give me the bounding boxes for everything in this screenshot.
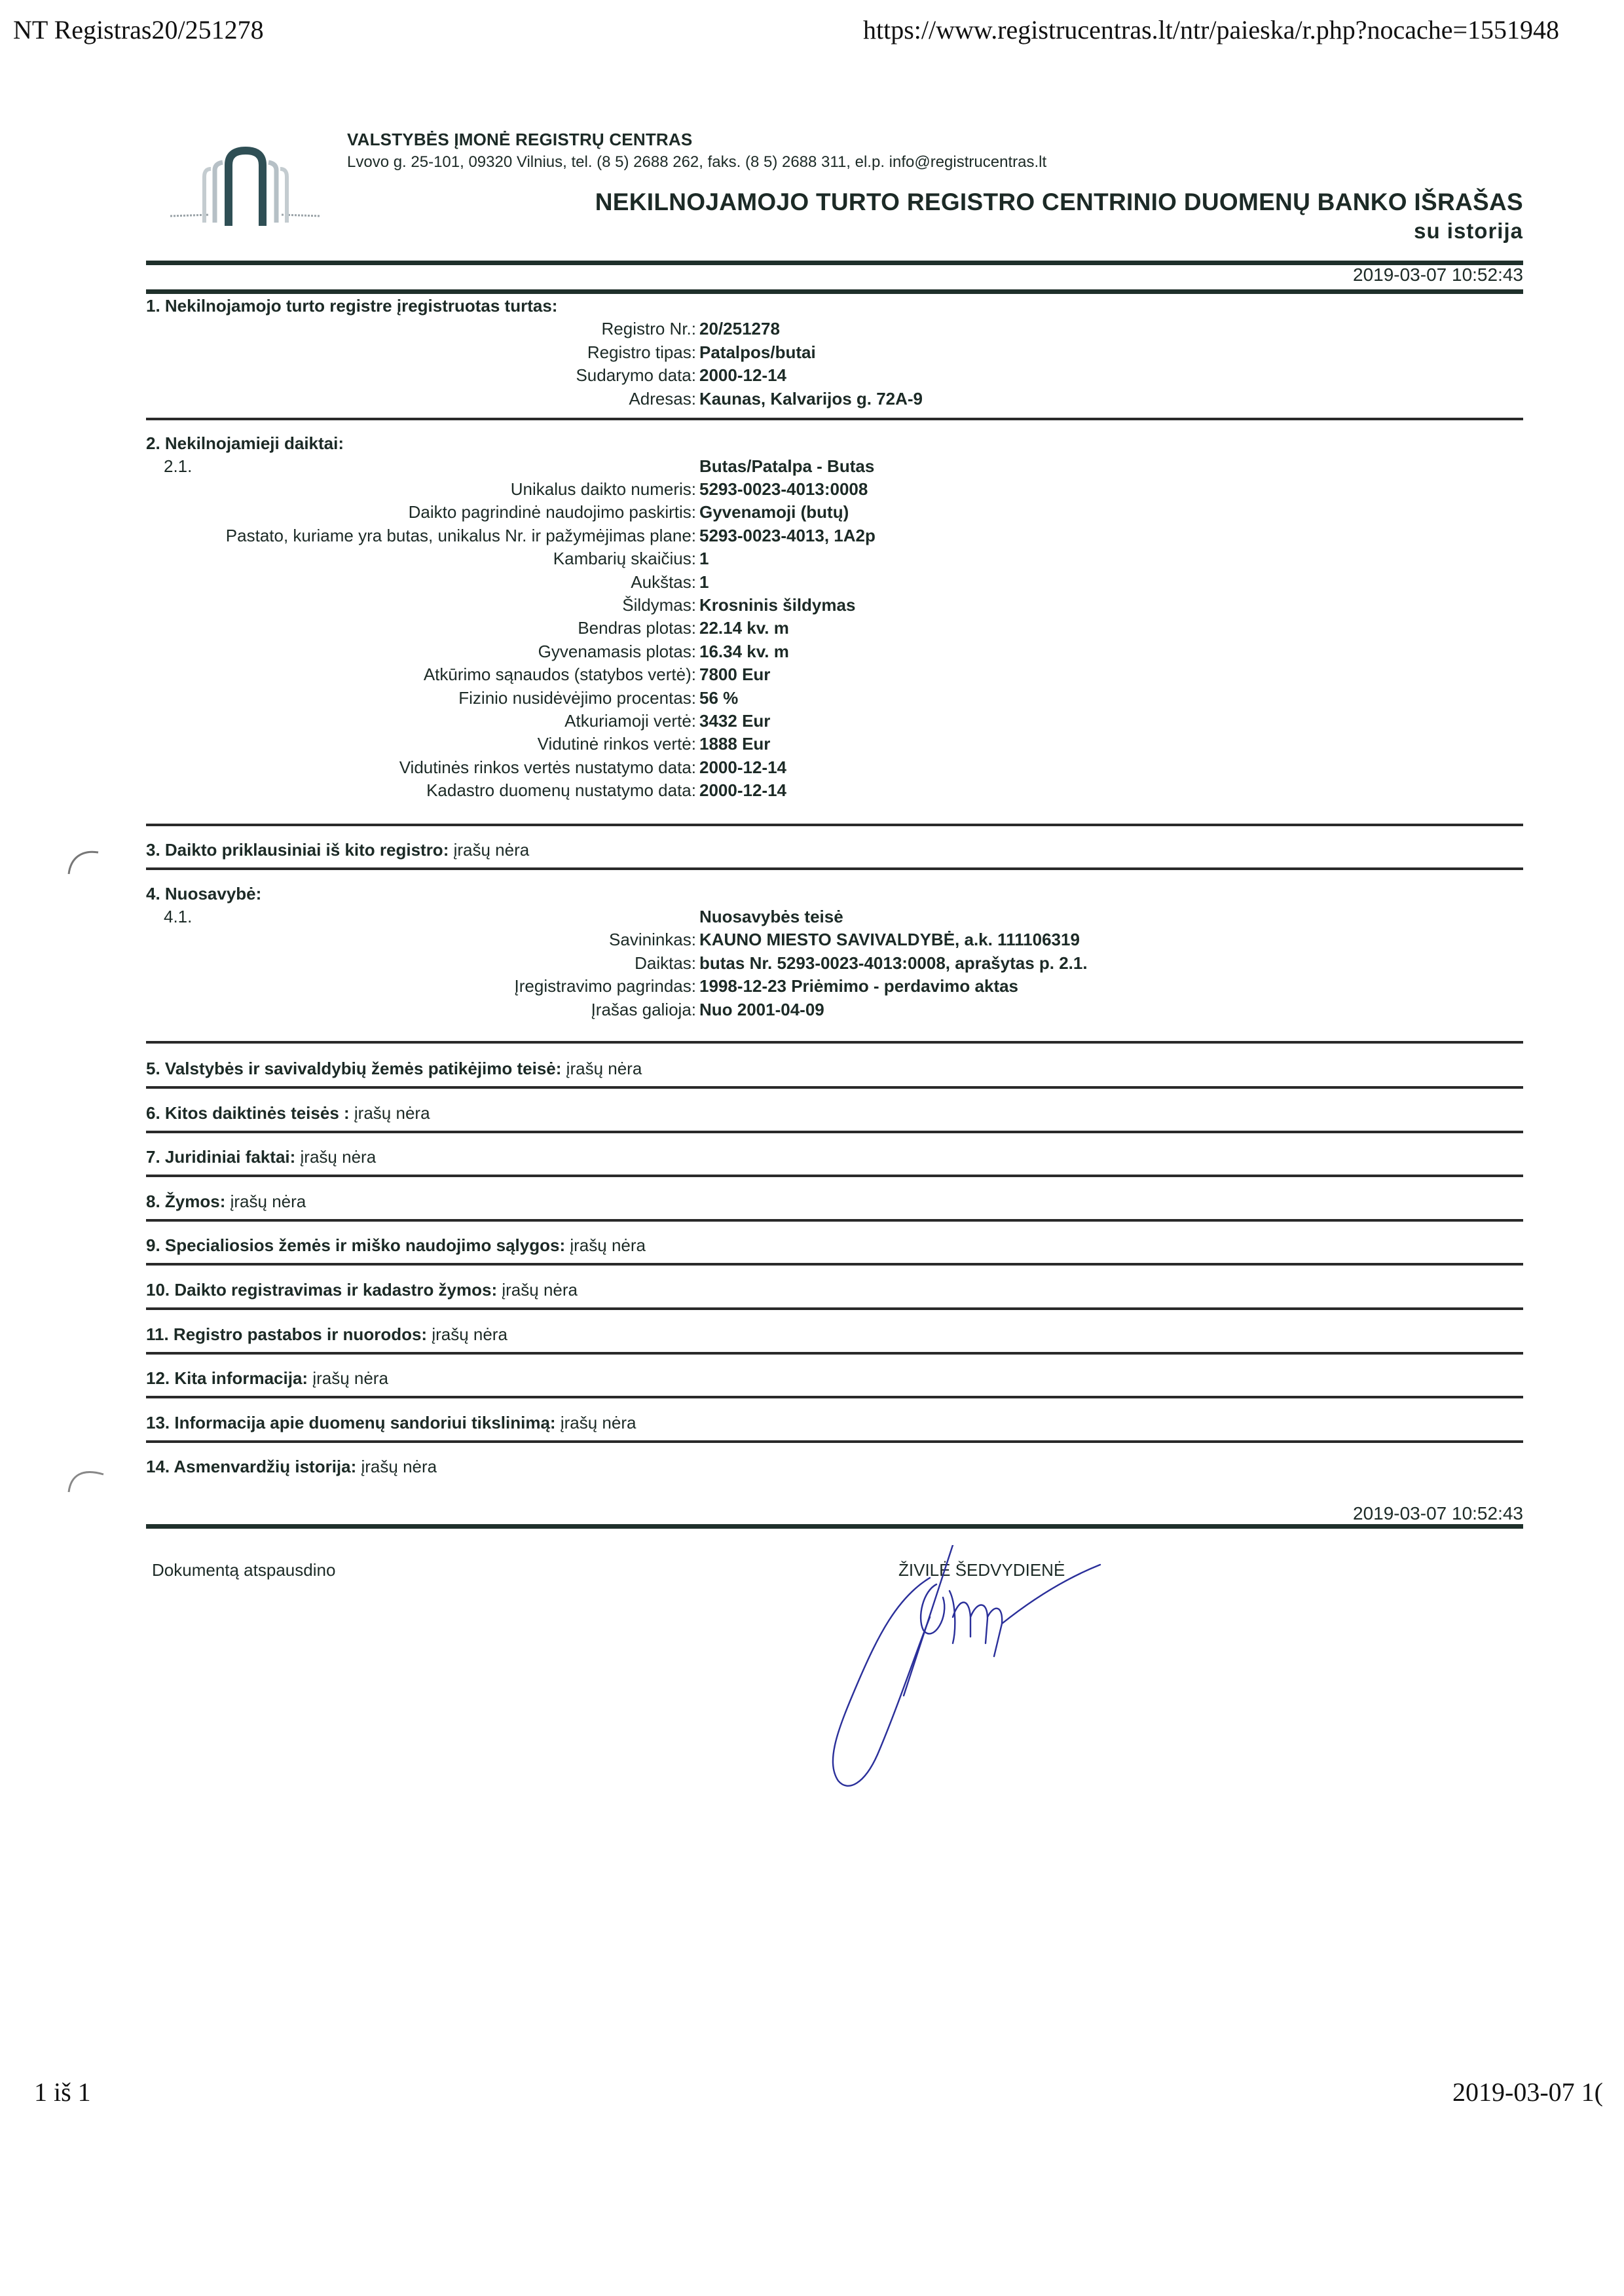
section4-value: KAUNO MIESTO SAVIVALDYBĖ, a.k. 111106319 [699,930,1080,950]
section-value: įrašų nėra [312,1368,388,1388]
print-footer-page: 1 iš 1 [34,2077,91,2107]
section1-label: Adresas: [629,389,696,409]
section-4-item-title: Nuosavybės teisė [699,907,843,927]
section-8: 8. Žymos: įrašų nėra [146,1192,306,1212]
section-heading: 11. Registro pastabos ir nuorodos: [146,1324,427,1344]
section-heading: 12. Kita informacija: [146,1368,308,1388]
section-14: 14. Asmenvardžių istorija: įrašų nėra [146,1457,437,1477]
section2-value: Gyvenamoji (butų) [699,502,849,522]
section-heading: 9. Specialiosios žemės ir miško naudojim… [146,1235,565,1255]
section-value: įrašų nėra [361,1457,437,1476]
section2-value: 2000-12-14 [699,780,786,801]
section-divider [146,1263,1523,1266]
document-timestamp: 2019-03-07 10:52:43 [1353,264,1523,285]
section2-value: 56 % [699,688,738,708]
footer-rule [146,1524,1523,1529]
section-value: įrašų nėra [561,1413,637,1432]
section-divider [146,1440,1523,1443]
scan-mark-icon [65,845,105,877]
section-divider [146,1396,1523,1398]
header-rule-bottom [146,289,1523,294]
section-heading: 7. Juridiniai faktai: [146,1147,295,1167]
section2-label: Atkuriamoji vertė: [564,711,696,731]
section1-label: Sudarymo data: [576,365,696,386]
section-9: 9. Specialiosios žemės ir miško naudojim… [146,1235,646,1256]
section4-label: Įregistravimo pagrindas: [515,976,696,996]
print-header-title: NT Registras20/251278 [13,14,264,45]
section2-value: 1 [699,549,709,569]
section2-value: 5293-0023-4013:0008 [699,479,868,500]
section2-value: 3432 Eur [699,711,770,731]
section-2-item-number: 2.1. [164,456,192,477]
section-divider [146,824,1523,826]
section-heading: 14. Asmenvardžių istorija: [146,1457,356,1476]
organization-name: VALSTYBĖS ĮMONĖ REGISTRŲ CENTRAS [347,130,692,150]
section1-value: Patalpos/butai [699,342,816,363]
section4-value: butas Nr. 5293-0023-4013:0008, aprašytas… [699,953,1088,974]
section1-value: Kaunas, Kalvarijos g. 72A-9 [699,389,923,409]
print-footer-date: 2019-03-07 1( [1452,2077,1603,2107]
section-value: įrašų nėra [502,1280,578,1300]
section-4-item-number: 4.1. [164,907,192,927]
section2-value: 2000-12-14 [699,757,786,778]
section1-value: 20/251278 [699,319,780,339]
section-divider [146,1219,1523,1222]
section2-label: Gyvenamasis plotas: [538,642,696,662]
section2-label: Kadastro duomenų nustatymo data: [426,780,696,801]
section4-value: Nuo 2001-04-09 [699,1000,824,1020]
section-divider [146,867,1523,870]
section2-label: Šildymas: [622,595,696,615]
section4-label: Savininkas: [609,930,696,950]
scan-mark-icon [65,1463,105,1495]
section1-label: Registro tipas: [587,342,696,363]
section-3-value: įrašų nėra [454,840,530,860]
registru-centras-logo-icon [164,137,327,229]
section-1-heading: 1. Nekilnojamojo turto registre įregistr… [146,296,557,316]
section-6: 6. Kitos daiktinės teisės : įrašų nėra [146,1103,430,1123]
section2-label: Kambarių skaičius: [553,549,696,569]
section-divider [146,1307,1523,1310]
print-header-url: https://www.registrucentras.lt/ntr/paies… [863,14,1559,45]
section-heading: 8. Žymos: [146,1192,225,1211]
organization-address: Lvovo g. 25-101, 09320 Vilnius, tel. (8 … [347,153,1046,172]
section4-label: Įrašas galioja: [591,1000,696,1020]
section-heading: 13. Informacija apie duomenų sandoriui t… [146,1413,556,1432]
section2-value: 1888 Eur [699,734,770,754]
section-heading: 5. Valstybės ir savivaldybių žemės patik… [146,1059,561,1078]
section2-value: Krosninis šildymas [699,595,855,615]
section2-label: Vidutinės rinkos vertės nustatymo data: [399,757,696,778]
section2-label: Aukštas: [631,572,696,592]
section-heading: 10. Daikto registravimas ir kadastro žym… [146,1280,497,1300]
section-12: 12. Kita informacija: įrašų nėra [146,1368,388,1389]
section-divider [146,1175,1523,1177]
section2-label: Pastato, kuriame yra butas, unikalus Nr.… [226,526,696,546]
section-divider [146,1352,1523,1355]
section2-value: 1 [699,572,709,592]
section-2-heading: 2. Nekilnojamieji daiktai: [146,433,344,454]
section-10: 10. Daikto registravimas ir kadastro žym… [146,1280,578,1300]
signature-icon [819,1545,1225,1794]
section4-label: Daiktas: [635,953,696,974]
printed-by-label: Dokumentą atspausdino [152,1560,335,1580]
section-7: 7. Juridiniai faktai: įrašų nėra [146,1147,376,1167]
header-rule-top [146,261,1523,265]
section4-value: 1998-12-23 Priėmimo - perdavimo aktas [699,976,1018,996]
section2-value: 22.14 kv. m [699,618,789,638]
section-value: įrašų nėra [432,1324,507,1344]
section-divider [146,418,1523,420]
section-divider [146,1041,1523,1044]
section-4-heading: 4. Nuosavybė: [146,884,261,904]
section-value: įrašų nėra [570,1235,646,1255]
section2-label: Daikto pagrindinė naudojimo paskirtis: [409,502,696,522]
section1-label: Registro Nr.: [602,319,697,339]
section-heading: 6. Kitos daiktinės teisės : [146,1103,350,1123]
section2-label: Atkūrimo sąnaudos (statybos vertė): [424,665,696,685]
section1-value: 2000-12-14 [699,365,786,386]
section2-value: 7800 Eur [699,665,770,685]
section-5: 5. Valstybės ir savivaldybių žemės patik… [146,1059,642,1079]
section-value: įrašų nėra [231,1192,306,1211]
section-divider [146,1131,1523,1133]
document-subtitle: su istorija [1414,219,1523,244]
section-3: 3. Daikto priklausiniai iš kito registro… [146,840,529,860]
section2-value: 5293-0023-4013, 1A2p [699,526,876,546]
section-value: įrašų nėra [301,1147,377,1167]
section2-label: Vidutinė rinkos vertė: [538,734,696,754]
section-value: įrašų nėra [566,1059,642,1078]
section-11: 11. Registro pastabos ir nuorodos: įrašų… [146,1324,507,1345]
section-13: 13. Informacija apie duomenų sandoriui t… [146,1413,636,1433]
section-3-heading: 3. Daikto priklausiniai iš kito registro… [146,840,449,860]
section2-label: Fizinio nusidėvėjimo procentas: [458,688,696,708]
section2-label: Bendras plotas: [578,618,696,638]
section-2-item-title: Butas/Patalpa - Butas [699,456,874,477]
section2-value: 16.34 kv. m [699,642,789,662]
section-value: įrašų nėra [354,1103,430,1123]
document-title: NEKILNOJAMOJO TURTO REGISTRO CENTRINIO D… [595,189,1523,216]
section-divider [146,1086,1523,1089]
footer-timestamp: 2019-03-07 10:52:43 [1353,1503,1523,1524]
section2-label: Unikalus daikto numeris: [511,479,696,500]
